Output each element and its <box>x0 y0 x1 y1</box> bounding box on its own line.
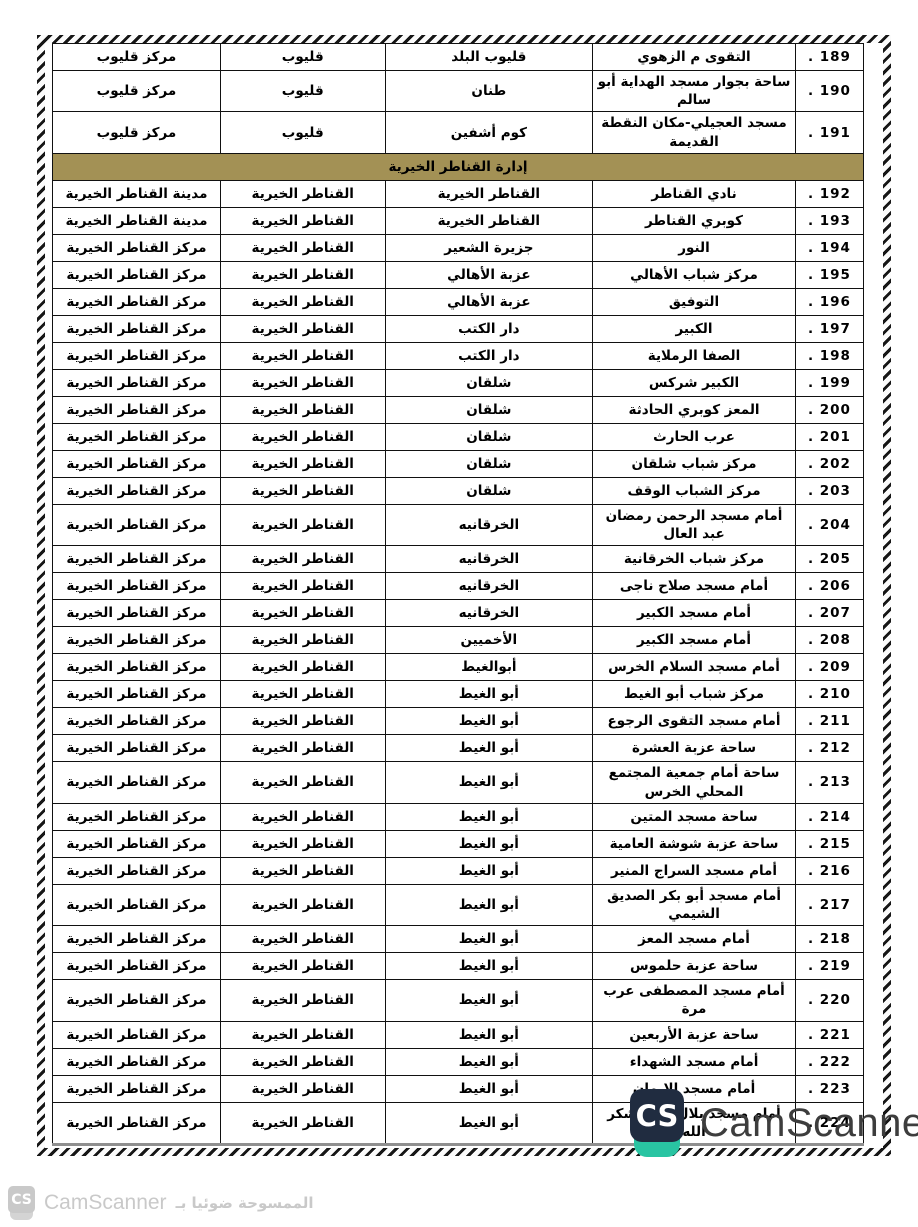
cell-number: . 217 <box>795 884 863 925</box>
cell-name: التوفيق <box>593 288 796 315</box>
cell-center: مركز القناطر الخيرية <box>53 234 221 261</box>
table-row: . 206أمام مسجد صلاح ناجىالخرقانيهالقناطر… <box>53 573 864 600</box>
cell-number: . 211 <box>795 708 863 735</box>
cell-center: مركز القناطر الخيرية <box>53 423 221 450</box>
cell-center: مركز القناطر الخيرية <box>53 654 221 681</box>
cell-district: القناطر الخيرية <box>220 477 385 504</box>
cell-number: . 210 <box>795 681 863 708</box>
cell-name: أمام مسجد السلام الخرس <box>593 654 796 681</box>
cell-center: مركز القناطر الخيرية <box>53 504 221 545</box>
cell-number: . 190 <box>795 71 863 112</box>
cell-number: . 218 <box>795 926 863 953</box>
cell-district: القناطر الخيرية <box>220 180 385 207</box>
cell-village: دار الكتب <box>385 342 593 369</box>
cell-district: القناطر الخيرية <box>220 627 385 654</box>
cell-district: القناطر الخيرية <box>220 261 385 288</box>
cell-village: الخرقانيه <box>385 573 593 600</box>
cell-number: . 199 <box>795 369 863 396</box>
cell-center: مركز القناطر الخيرية <box>53 926 221 953</box>
cell-number: . 222 <box>795 1048 863 1075</box>
cell-name: ساحة عزبة شوشة العامية <box>593 830 796 857</box>
cell-district: القناطر الخيرية <box>220 573 385 600</box>
cell-district: القناطر الخيرية <box>220 315 385 342</box>
cell-name: مركز شباب شلقان <box>593 450 796 477</box>
cell-number: . 189 <box>795 44 863 71</box>
cell-number: . 197 <box>795 315 863 342</box>
cell-district: القناطر الخيرية <box>220 654 385 681</box>
cell-district: القناطر الخيرية <box>220 450 385 477</box>
cell-number: . 191 <box>795 112 863 153</box>
cell-village: أبو الغيط <box>385 735 593 762</box>
cell-village: شلقان <box>385 369 593 396</box>
cell-district: القناطر الخيرية <box>220 1102 385 1144</box>
camscanner-logo-icon: CS <box>630 1089 684 1157</box>
cell-number: . 209 <box>795 654 863 681</box>
camscanner-branding: CS CamScanner <box>630 1089 918 1157</box>
cell-village: أبوالغيط <box>385 654 593 681</box>
cell-village: كوم أشفين <box>385 112 593 153</box>
watermark-arabic-text: الممسوحة ضوئيا بـ <box>176 1194 314 1212</box>
watermark-brand-name: CamScanner <box>44 1191 167 1215</box>
cell-village: أبو الغيط <box>385 803 593 830</box>
table-row: . 213ساحة أمام جمعية المجتمع المحلي الخر… <box>53 762 864 803</box>
cell-number: . 208 <box>795 627 863 654</box>
cell-name: ساحة أمام جمعية المجتمع المحلي الخرس <box>593 762 796 803</box>
cell-center: مركز القناطر الخيرية <box>53 762 221 803</box>
cell-number: . 192 <box>795 180 863 207</box>
cell-number: . 204 <box>795 504 863 545</box>
cell-village: عزبة الأهالي <box>385 288 593 315</box>
cell-village: شلقان <box>385 450 593 477</box>
cell-number: . 198 <box>795 342 863 369</box>
table-row: . 216أمام مسجد السراج المنيرأبو الغيطالق… <box>53 857 864 884</box>
cell-center: مركز القناطر الخيرية <box>53 857 221 884</box>
table-row: . 197الكبيردار الكتبالقناطر الخيريةمركز … <box>53 315 864 342</box>
cell-village: أبو الغيط <box>385 1021 593 1048</box>
cell-district: القناطر الخيرية <box>220 1021 385 1048</box>
cell-district: القناطر الخيرية <box>220 762 385 803</box>
cell-district: القناطر الخيرية <box>220 681 385 708</box>
cell-village: قليوب البلد <box>385 44 593 71</box>
cell-village: أبو الغيط <box>385 762 593 803</box>
cell-village: الخرقانيه <box>385 504 593 545</box>
table-row: . 204أمام مسجد الرحمن رمضان عبد العالالخ… <box>53 504 864 545</box>
cell-district: قليوب <box>220 112 385 153</box>
cell-name: أمام مسجد الكبير <box>593 627 796 654</box>
cell-number: . 207 <box>795 600 863 627</box>
cell-name: مركز الشباب الوقف <box>593 477 796 504</box>
cell-village: القناطر الخيرية <box>385 180 593 207</box>
table-row: . 198الصفا الرملايةدار الكتبالقناطر الخي… <box>53 342 864 369</box>
cell-center: مركز القناطر الخيرية <box>53 396 221 423</box>
cell-center: مركز القناطر الخيرية <box>53 546 221 573</box>
cell-center: مركز القناطر الخيرية <box>53 681 221 708</box>
locations-table: . 189التقوى م الزهويقليوب البلدقليوبمركز… <box>52 43 864 1146</box>
table-row: . 189التقوى م الزهويقليوب البلدقليوبمركز… <box>53 44 864 71</box>
cell-village: طنان <box>385 71 593 112</box>
cell-center: مركز القناطر الخيرية <box>53 708 221 735</box>
cell-name: أمام مسجد الشهداء <box>593 1048 796 1075</box>
cell-district: القناطر الخيرية <box>220 504 385 545</box>
cell-district: القناطر الخيرية <box>220 953 385 980</box>
cell-name: مركز شباب أبو الغيط <box>593 681 796 708</box>
cell-number: . 203 <box>795 477 863 504</box>
cell-name: أمام مسجد المعز <box>593 926 796 953</box>
cell-number: . 214 <box>795 803 863 830</box>
cell-center: مركز القناطر الخيرية <box>53 1021 221 1048</box>
cell-center: مركز القناطر الخيرية <box>53 735 221 762</box>
cell-name: ساحة عزبة حلموس <box>593 953 796 980</box>
cell-district: القناطر الخيرية <box>220 830 385 857</box>
cell-name: ساحة مسجد المتين <box>593 803 796 830</box>
cell-number: . 219 <box>795 953 863 980</box>
cell-village: أبو الغيط <box>385 681 593 708</box>
table-row: . 222أمام مسجد الشهداءأبو الغيطالقناطر ا… <box>53 1048 864 1075</box>
table-row: . 207أمام مسجد الكبيرالخرقانيهالقناطر ال… <box>53 600 864 627</box>
cell-village: أبو الغيط <box>385 857 593 884</box>
cell-center: مركز القناطر الخيرية <box>53 1102 221 1144</box>
cell-center: مركز القناطر الخيرية <box>53 477 221 504</box>
cell-center: مركز القناطر الخيرية <box>53 803 221 830</box>
cell-village: أبو الغيط <box>385 926 593 953</box>
cell-name: المعز كوبري الحادثة <box>593 396 796 423</box>
table-row: . 191مسجد العجيلي-مكان النقطة القديمةكوم… <box>53 112 864 153</box>
cell-center: مركز القناطر الخيرية <box>53 830 221 857</box>
cell-name: الصفا الرملاية <box>593 342 796 369</box>
cell-center: مركز القناطر الخيرية <box>53 450 221 477</box>
cell-number: . 195 <box>795 261 863 288</box>
cell-number: . 212 <box>795 735 863 762</box>
cell-center: مركز القناطر الخيرية <box>53 627 221 654</box>
cell-name: ساحة بجوار مسجد الهداية أبو سالم <box>593 71 796 112</box>
cell-district: القناطر الخيرية <box>220 1075 385 1102</box>
section-header-row: إدارة القناطر الخيرية <box>53 153 864 180</box>
cell-number: . 216 <box>795 857 863 884</box>
cell-name: أمام مسجد التقوى الرجوع <box>593 708 796 735</box>
cell-district: القناطر الخيرية <box>220 803 385 830</box>
cell-center: مركز القناطر الخيرية <box>53 1048 221 1075</box>
cell-district: القناطر الخيرية <box>220 857 385 884</box>
cell-number: . 193 <box>795 207 863 234</box>
cell-district: القناطر الخيرية <box>220 1048 385 1075</box>
cell-district: القناطر الخيرية <box>220 207 385 234</box>
cell-number: . 205 <box>795 546 863 573</box>
cell-village: جزيرة الشعير <box>385 234 593 261</box>
table-row: . 194النورجزيرة الشعيرالقناطر الخيريةمرك… <box>53 234 864 261</box>
cell-village: أبو الغيط <box>385 1075 593 1102</box>
cell-village: دار الكتب <box>385 315 593 342</box>
cell-district: القناطر الخيرية <box>220 546 385 573</box>
table-row: . 203مركز الشباب الوقفشلقانالقناطر الخير… <box>53 477 864 504</box>
table-row: . 211أمام مسجد التقوى الرجوعأبو الغيطالق… <box>53 708 864 735</box>
cell-village: أبو الغيط <box>385 1048 593 1075</box>
cell-number: . 215 <box>795 830 863 857</box>
cell-village: الخرقانيه <box>385 546 593 573</box>
cell-number: . 196 <box>795 288 863 315</box>
table-row: . 219ساحة عزبة حلموسأبو الغيطالقناطر الخ… <box>53 953 864 980</box>
cell-village: أبو الغيط <box>385 708 593 735</box>
cell-number: . 221 <box>795 1021 863 1048</box>
page-content-area: . 189التقوى م الزهويقليوب البلدقليوبمركز… <box>45 43 883 1148</box>
cell-number: . 194 <box>795 234 863 261</box>
cell-name: الكبير شركس <box>593 369 796 396</box>
cell-district: القناطر الخيرية <box>220 234 385 261</box>
cell-center: مركز قليوب <box>53 112 221 153</box>
decorative-hatched-border: . 189التقوى م الزهويقليوب البلدقليوبمركز… <box>37 35 891 1156</box>
cell-district: القناطر الخيرية <box>220 288 385 315</box>
cell-center: مدينة القناطر الخيرية <box>53 180 221 207</box>
cell-center: مركز القناطر الخيرية <box>53 342 221 369</box>
logo-cs-monogram: CS <box>630 1089 684 1142</box>
cell-name: عرب الحارث <box>593 423 796 450</box>
table-row: . 196التوفيقعزبة الأهاليالقناطر الخيريةم… <box>53 288 864 315</box>
cell-village: شلقان <box>385 396 593 423</box>
scan-watermark: CS CamScanner الممسوحة ضوئيا بـ <box>8 1186 314 1220</box>
cell-center: مدينة القناطر الخيرية <box>53 207 221 234</box>
camscanner-mini-logo-icon: CS <box>8 1186 35 1220</box>
cell-number: . 213 <box>795 762 863 803</box>
cell-district: القناطر الخيرية <box>220 884 385 925</box>
cell-district: القناطر الخيرية <box>220 708 385 735</box>
cell-center: مركز القناطر الخيرية <box>53 980 221 1021</box>
cell-name: أمام مسجد أبو بكر الصديق الشيمي <box>593 884 796 925</box>
cell-name: أمام مسجد صلاح ناجى <box>593 573 796 600</box>
cell-name: مركز شباب الأهالي <box>593 261 796 288</box>
cell-name: كوبري القناطر <box>593 207 796 234</box>
cell-district: القناطر الخيرية <box>220 423 385 450</box>
cell-district: القناطر الخيرية <box>220 735 385 762</box>
cell-center: مركز القناطر الخيرية <box>53 600 221 627</box>
cell-village: الأخميين <box>385 627 593 654</box>
cell-name: ساحة عزبة الأربعين <box>593 1021 796 1048</box>
cell-village: شلقان <box>385 477 593 504</box>
cell-center: مركز القناطر الخيرية <box>53 288 221 315</box>
table-row: . 221ساحة عزبة الأربعينأبو الغيطالقناطر … <box>53 1021 864 1048</box>
cell-district: القناطر الخيرية <box>220 342 385 369</box>
cell-name: نادي القناطر <box>593 180 796 207</box>
cell-village: أبو الغيط <box>385 980 593 1021</box>
table-row: . 201عرب الحارثشلقانالقناطر الخيريةمركز … <box>53 423 864 450</box>
table-row: . 210مركز شباب أبو الغيطأبو الغيطالقناطر… <box>53 681 864 708</box>
table-row: . 209أمام مسجد السلام الخرسأبوالغيطالقنا… <box>53 654 864 681</box>
cell-village: شلقان <box>385 423 593 450</box>
cell-name: الكبير <box>593 315 796 342</box>
cell-village: أبو الغيط <box>385 884 593 925</box>
cell-name: التقوى م الزهوي <box>593 44 796 71</box>
cell-village: أبو الغيط <box>385 1102 593 1144</box>
cell-district: القناطر الخيرية <box>220 980 385 1021</box>
cell-center: مركز القناطر الخيرية <box>53 369 221 396</box>
table-row: . 200المعز كوبري الحادثةشلقانالقناطر الخ… <box>53 396 864 423</box>
cell-district: قليوب <box>220 71 385 112</box>
table-row: . 214ساحة مسجد المتينأبو الغيطالقناطر ال… <box>53 803 864 830</box>
cell-village: عزبة الأهالي <box>385 261 593 288</box>
cell-district: قليوب <box>220 44 385 71</box>
brand-name-text: CamScanner <box>700 1101 918 1146</box>
table-row: . 212ساحة عزبة العشرةأبو الغيطالقناطر ال… <box>53 735 864 762</box>
cell-number: . 202 <box>795 450 863 477</box>
table-row: . 215ساحة عزبة شوشة العاميةأبو الغيطالقن… <box>53 830 864 857</box>
cell-name: مركز شباب الخرقانية <box>593 546 796 573</box>
cell-district: القناطر الخيرية <box>220 396 385 423</box>
cell-center: مركز القناطر الخيرية <box>53 315 221 342</box>
table-row: . 220أمام مسجد المصطفى عرب مرةأبو الغيطا… <box>53 980 864 1021</box>
cell-number: . 201 <box>795 423 863 450</box>
table-row: . 218أمام مسجد المعزأبو الغيطالقناطر الخ… <box>53 926 864 953</box>
cell-center: مركز القناطر الخيرية <box>53 884 221 925</box>
cell-village: الخرقانيه <box>385 600 593 627</box>
cell-village: أبو الغيط <box>385 830 593 857</box>
cell-village: أبو الغيط <box>385 953 593 980</box>
table-row: . 192نادي القناطرالقناطر الخيريةالقناطر … <box>53 180 864 207</box>
scanned-page: . 189التقوى م الزهويقليوب البلدقليوبمركز… <box>0 0 918 1227</box>
table-row: . 208أمام مسجد الكبيرالأخميينالقناطر الخ… <box>53 627 864 654</box>
table-row: . 205مركز شباب الخرقانيةالخرقانيهالقناطر… <box>53 546 864 573</box>
cell-center: مركز القناطر الخيرية <box>53 1075 221 1102</box>
cell-name: أمام مسجد السراج المنير <box>593 857 796 884</box>
cell-number: . 206 <box>795 573 863 600</box>
cell-name: مسجد العجيلي-مكان النقطة القديمة <box>593 112 796 153</box>
mini-logo-cs-monogram: CS <box>8 1186 35 1213</box>
cell-district: القناطر الخيرية <box>220 600 385 627</box>
table-row: . 193كوبري القناطرالقناطر الخيريةالقناطر… <box>53 207 864 234</box>
table-row: . 190ساحة بجوار مسجد الهداية أبو سالمطنا… <box>53 71 864 112</box>
cell-center: مركز قليوب <box>53 44 221 71</box>
cell-center: مركز القناطر الخيرية <box>53 953 221 980</box>
cell-name: النور <box>593 234 796 261</box>
cell-center: مركز القناطر الخيرية <box>53 261 221 288</box>
table-row: . 217أمام مسجد أبو بكر الصديق الشيميأبو … <box>53 884 864 925</box>
cell-name: أمام مسجد الرحمن رمضان عبد العال <box>593 504 796 545</box>
table-row: . 202مركز شباب شلقانشلقانالقناطر الخيرية… <box>53 450 864 477</box>
cell-name: أمام مسجد الكبير <box>593 600 796 627</box>
cell-district: القناطر الخيرية <box>220 369 385 396</box>
cell-number: . 200 <box>795 396 863 423</box>
table-row: . 199الكبير شركسشلقانالقناطر الخيريةمركز… <box>53 369 864 396</box>
table-row: . 195مركز شباب الأهاليعزبة الأهاليالقناط… <box>53 261 864 288</box>
cell-district: القناطر الخيرية <box>220 926 385 953</box>
section-header: إدارة القناطر الخيرية <box>53 153 864 180</box>
cell-village: القناطر الخيرية <box>385 207 593 234</box>
cell-center: مركز قليوب <box>53 71 221 112</box>
cell-name: أمام مسجد المصطفى عرب مرة <box>593 980 796 1021</box>
cell-name: ساحة عزبة العشرة <box>593 735 796 762</box>
cell-number: . 220 <box>795 980 863 1021</box>
cell-center: مركز القناطر الخيرية <box>53 573 221 600</box>
